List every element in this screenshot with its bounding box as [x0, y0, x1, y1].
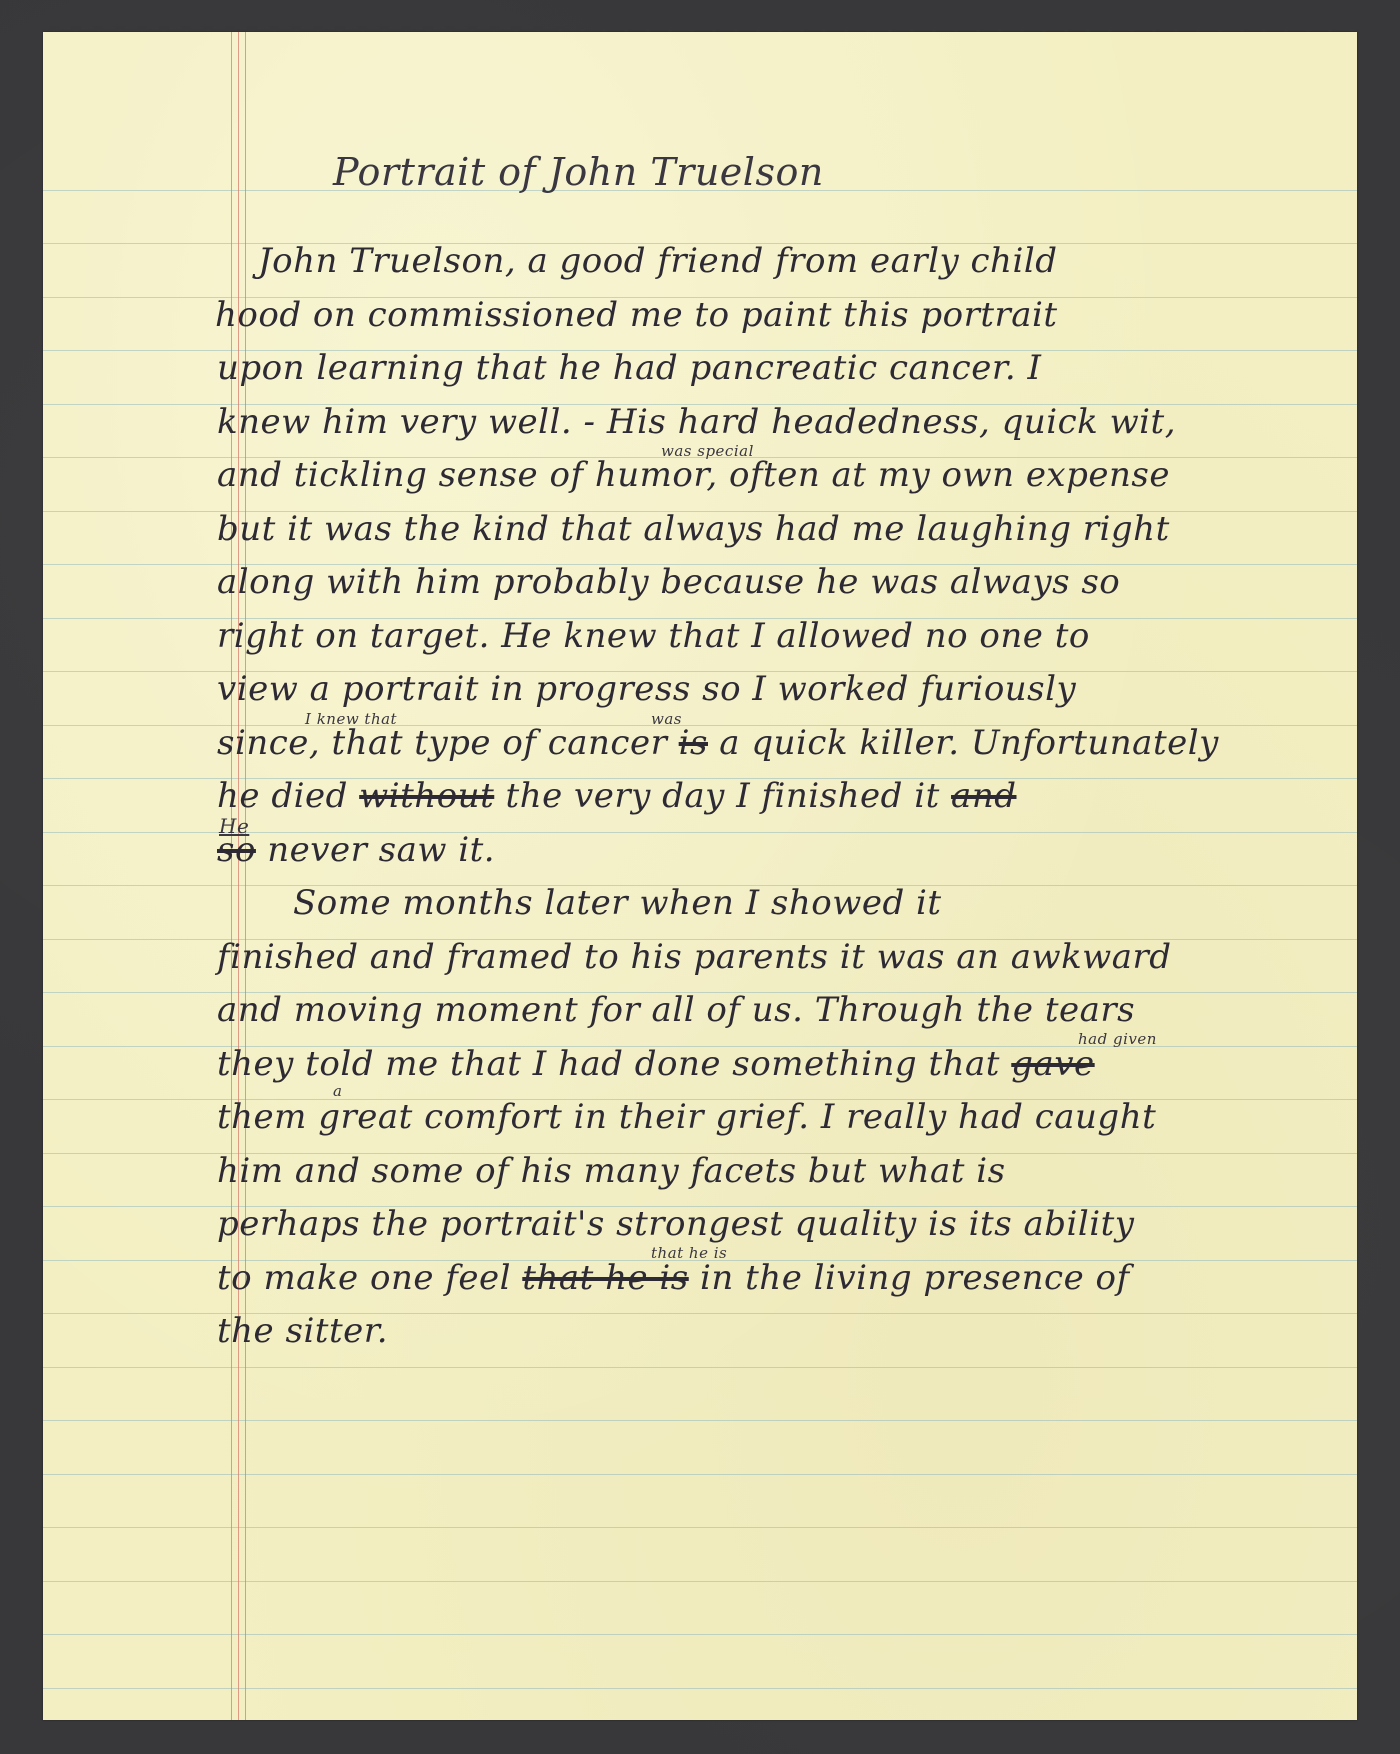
- text-line: since, that type of cancer is a quick ki…: [217, 726, 1219, 760]
- text-line: upon learning that he had pancreatic can…: [217, 351, 1041, 385]
- text-line: John Truelson, a good friend from early …: [258, 244, 1057, 278]
- text-segment: since, that type of cancer: [217, 723, 679, 763]
- perforated-top-edge: [43, 26, 1357, 38]
- text-segment: he died: [217, 776, 359, 816]
- text-segment: often at my own expense: [718, 455, 1170, 495]
- rule-line: [43, 1367, 1357, 1368]
- rule-line: [43, 1420, 1357, 1421]
- text-line: along with him probably because he was a…: [217, 565, 1120, 599]
- text-line: view a portrait in progress so I worked …: [217, 672, 1076, 706]
- text-line: finished and framed to his parents it wa…: [217, 940, 1172, 974]
- text-segment: a quick killer. Unfortunately: [708, 723, 1219, 763]
- text-segment: in the living presence of: [689, 1258, 1130, 1298]
- text-line: perhaps the portrait's strongest quality…: [217, 1207, 1134, 1241]
- text-line: them great comfort in their grief. I rea…: [217, 1100, 1156, 1134]
- text-line: right on target. He knew that I allowed …: [217, 619, 1090, 653]
- struck-text: and: [951, 776, 1016, 816]
- text-line: and moving moment for all of us. Through…: [217, 993, 1135, 1027]
- legal-pad-page: Portrait of John Truelson John Truelson,…: [43, 32, 1357, 1720]
- struck-text: so: [217, 830, 256, 870]
- struck-text: without: [359, 776, 494, 816]
- text-segment: to make one feel: [217, 1258, 522, 1298]
- text-line: knew him very well. - His hard headednes…: [217, 405, 1176, 439]
- text-line: and tickling sense of humor, often at my…: [217, 458, 1170, 492]
- text-segment: the very day I finished it: [494, 776, 951, 816]
- text-line: him and some of his many facets but what…: [217, 1154, 1006, 1188]
- text-segment: never saw it.: [256, 830, 495, 870]
- struck-text: that he is: [522, 1258, 688, 1298]
- text-line: he died without the very day I finished …: [217, 779, 1016, 813]
- margin-line: [245, 32, 246, 1720]
- rule-line: [43, 1581, 1357, 1582]
- text-segment: they told me that I had done something t…: [217, 1044, 1011, 1084]
- margin-line: [238, 32, 239, 1720]
- text-line: but it was the kind that always had me l…: [217, 512, 1170, 546]
- rule-line: [43, 1527, 1357, 1528]
- struck-text: gave: [1011, 1044, 1094, 1084]
- struck-text: is: [679, 723, 708, 763]
- text-line: they told me that I had done something t…: [217, 1047, 1095, 1081]
- rule-line: [43, 1474, 1357, 1475]
- margin-line: [231, 32, 232, 1720]
- document-title: Portrait of John Truelson: [333, 150, 824, 194]
- text-line: so never saw it.: [217, 833, 495, 867]
- text-line: hood on commissioned me to paint this po…: [215, 298, 1058, 332]
- text-line: to make one feel that he is in the livin…: [217, 1261, 1130, 1295]
- rule-line: [43, 1688, 1357, 1689]
- rule-line: [43, 1634, 1357, 1635]
- text-line: the sitter.: [217, 1314, 388, 1348]
- text-segment: and tickling sense of humor,: [217, 455, 718, 495]
- text-line: Some months later when I showed it: [293, 886, 942, 920]
